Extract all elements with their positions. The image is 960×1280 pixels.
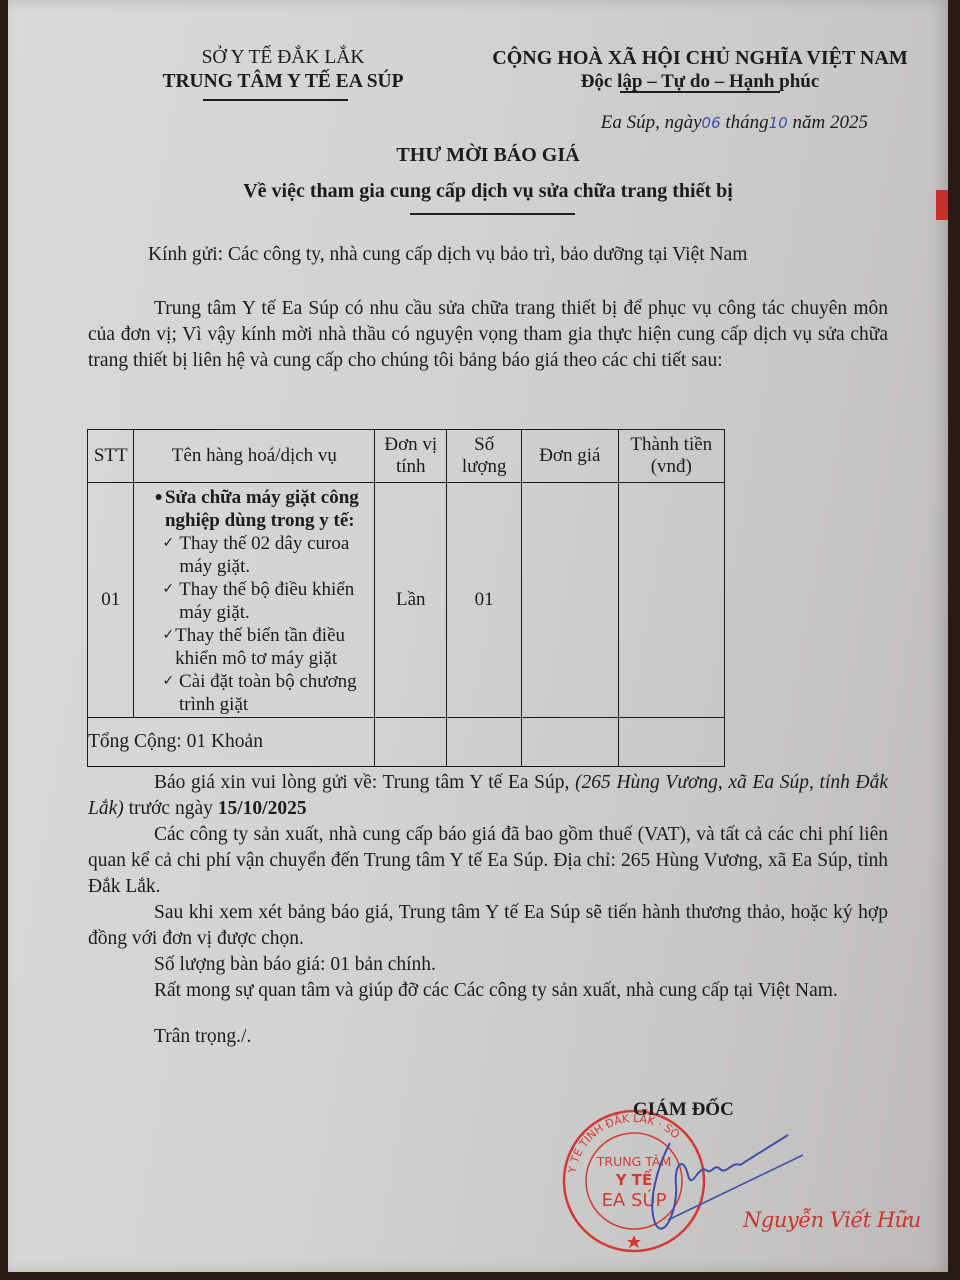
header-unit: Đơn vịtính	[375, 430, 447, 483]
date-month-label: tháng	[721, 112, 769, 133]
header-right-divider	[620, 91, 780, 93]
item-title: ● Sửa chữa máy giặt công nghiệp dùng tro…	[154, 486, 368, 532]
header-amount: Thành tiền(vnđ)	[618, 430, 724, 483]
date-prefix: Ea Súp, ngày	[601, 112, 702, 133]
submission-deadline: 15/10/2025	[218, 798, 307, 819]
total-amount-cell	[618, 718, 724, 767]
review-paragraph: Sau khi xem xét bảng báo giá, Trung tâm …	[88, 900, 888, 952]
header-stt: STT	[88, 430, 134, 483]
date-year: năm 2025	[788, 112, 868, 133]
list-item: ✓Cài đặt toàn bộ chương trình giặt	[154, 670, 368, 716]
document-title: THƯ MỜI BÁO GIÁ	[8, 144, 960, 167]
quotation-table: STT Tên hàng hoá/dịch vụ Đơn vịtính Sốlư…	[87, 429, 725, 767]
copies-paragraph: Số lượng bàn báo giá: 01 bản chính.	[88, 952, 888, 978]
organization-name: TRUNG TÂM Y TẾ EA SÚP	[138, 70, 428, 94]
table-row: 01 ● Sửa chữa máy giặt công nghiệp dùng …	[88, 483, 725, 718]
signatory-title: GIÁM ĐỐC	[633, 1099, 734, 1121]
header-quantity: Sốlượng	[447, 430, 522, 483]
document-page: SỞ Y TẾ ĐẮK LẮK TRUNG TÂM Y TẾ EA SÚP CỘ…	[8, 0, 948, 1272]
intro-text: Trung tâm Y tế Ea Súp có nhu cầu sửa chữ…	[88, 298, 888, 371]
list-item: ✓Thay thế bộ điều khiển máy giặt.	[154, 578, 368, 624]
header-unit-price: Đơn giá	[522, 430, 618, 483]
submission-paragraph: Báo giá xin vui lòng gửi về: Trung tâm Y…	[88, 770, 888, 822]
cell-stt: 01	[88, 483, 134, 718]
subtitle-divider	[410, 213, 575, 215]
national-header: CỘNG HOÀ XÃ HỘI CHỦ NGHĨA VIỆT NAM Độc l…	[470, 46, 930, 94]
bullet-icon: ●	[154, 486, 164, 532]
total-price-cell	[522, 718, 618, 767]
issuer-header: SỞ Y TẾ ĐẮK LẮK TRUNG TÂM Y TẾ EA SÚP	[138, 46, 428, 94]
document-date: Ea Súp, ngày06 tháng10 năm 2025	[528, 112, 868, 134]
list-item: ✓Thay thế 02 dây curoa máy giặt.	[154, 532, 368, 578]
checkmark-icon: ✓	[162, 532, 179, 578]
list-item: ✓Thay thế biến tần điều khiển mô tơ máy …	[154, 624, 368, 670]
department-name: SỞ Y TẾ ĐẮK LẮK	[138, 46, 428, 70]
thanks-paragraph: Rất mong sự quan tâm và giúp đỡ các Các …	[88, 978, 888, 1004]
header-left-divider	[203, 99, 348, 101]
signer-name: Nguyễn Viết Hữu	[743, 1208, 921, 1232]
intro-paragraph: Trung tâm Y tế Ea Súp có nhu cầu sửa chữ…	[88, 296, 888, 374]
total-qty-cell	[447, 718, 522, 767]
cell-quantity: 01	[447, 483, 522, 718]
table-total-row: Tổng Cộng: 01 Khoản	[88, 718, 725, 767]
recipient-line: Kính gửi: Các công ty, nhà cung cấp dịch…	[148, 242, 747, 268]
checkmark-icon: ✓	[162, 670, 179, 716]
cell-unit: Lần	[375, 483, 447, 718]
header-item-name: Tên hàng hoá/dịch vụ	[134, 430, 375, 483]
checkmark-icon: ✓	[162, 578, 179, 624]
date-month-handwritten: 10	[769, 114, 788, 132]
cell-unit-price	[522, 483, 618, 718]
document-subtitle: Về việc tham gia cung cấp dịch vụ sửa ch…	[8, 180, 960, 203]
nation-name: CỘNG HOÀ XÃ HỘI CHỦ NGHĨA VIỆT NAM	[470, 46, 930, 70]
checkmark-icon: ✓	[162, 624, 175, 670]
table-header-row: STT Tên hàng hoá/dịch vụ Đơn vịtính Sốlư…	[88, 430, 725, 483]
cell-item-description: ● Sửa chữa máy giặt công nghiệp dùng tro…	[134, 483, 375, 718]
date-day-handwritten: 06	[702, 114, 721, 132]
total-label: Tổng Cộng: 01 Khoản	[88, 718, 375, 767]
closing-paragraph: Trân trọng./.	[88, 1024, 888, 1050]
total-unit-cell	[375, 718, 447, 767]
vat-paragraph: Các công ty sản xuất, nhà cung cấp báo g…	[88, 822, 888, 900]
cell-amount	[618, 483, 724, 718]
